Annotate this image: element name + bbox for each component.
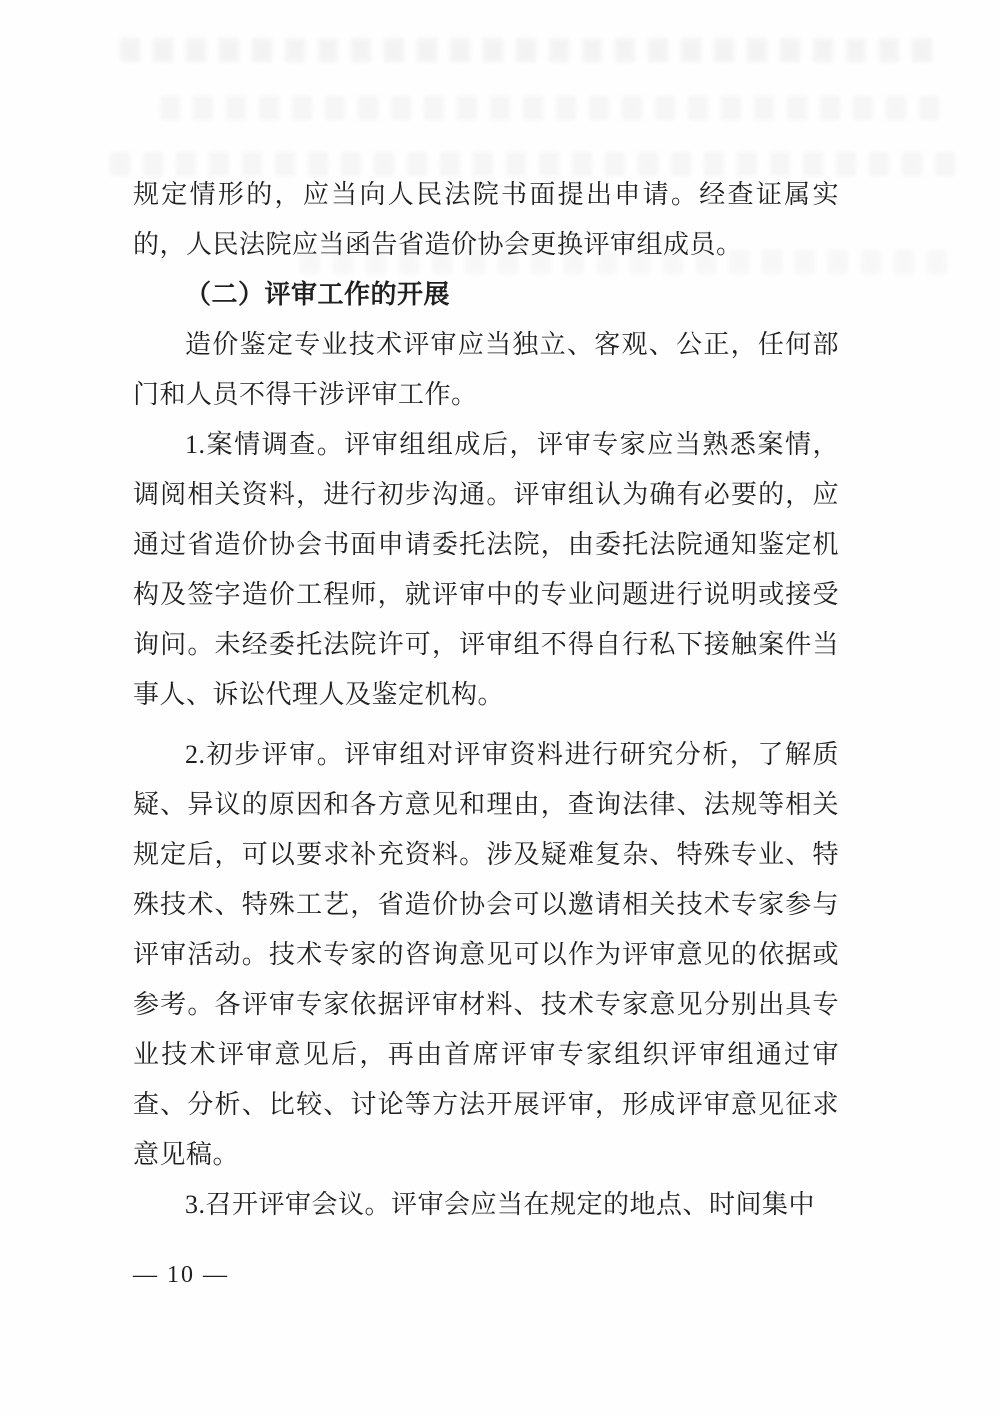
paragraph-item-2: 2.初步评审。评审组对评审资料进行研究分析，了解质疑、异议的原因和各方意见和理由… xyxy=(133,730,839,1180)
paragraph-item-3: 3.召开评审会议。评审会应当在规定的地点、时间集中 xyxy=(133,1180,839,1230)
document-page: 规定情形的，应当向人民法院书面提出申请。经查证属实的，人民法院应当函告省造价协会… xyxy=(0,0,1000,1414)
paragraph-item-1: 1.案情调查。评审组组成后，评审专家应当熟悉案情，调阅相关资料，进行初步沟通。评… xyxy=(133,420,839,720)
section-heading: （二）评审工作的开展 xyxy=(133,270,839,320)
paragraph: 造价鉴定专业技术评审应当独立、客观、公正，任何部门和人员不得干涉评审工作。 xyxy=(133,320,839,420)
page-body-text: 规定情形的，应当向人民法院书面提出申请。经查证属实的，人民法院应当函告省造价协会… xyxy=(133,170,839,1230)
bleed-through-artifact xyxy=(120,38,940,62)
paragraph-continued: 规定情形的，应当向人民法院书面提出申请。经查证属实的，人民法院应当函告省造价协会… xyxy=(133,170,839,270)
page-number: — 10 — xyxy=(133,1262,229,1289)
bleed-through-artifact xyxy=(160,96,950,120)
